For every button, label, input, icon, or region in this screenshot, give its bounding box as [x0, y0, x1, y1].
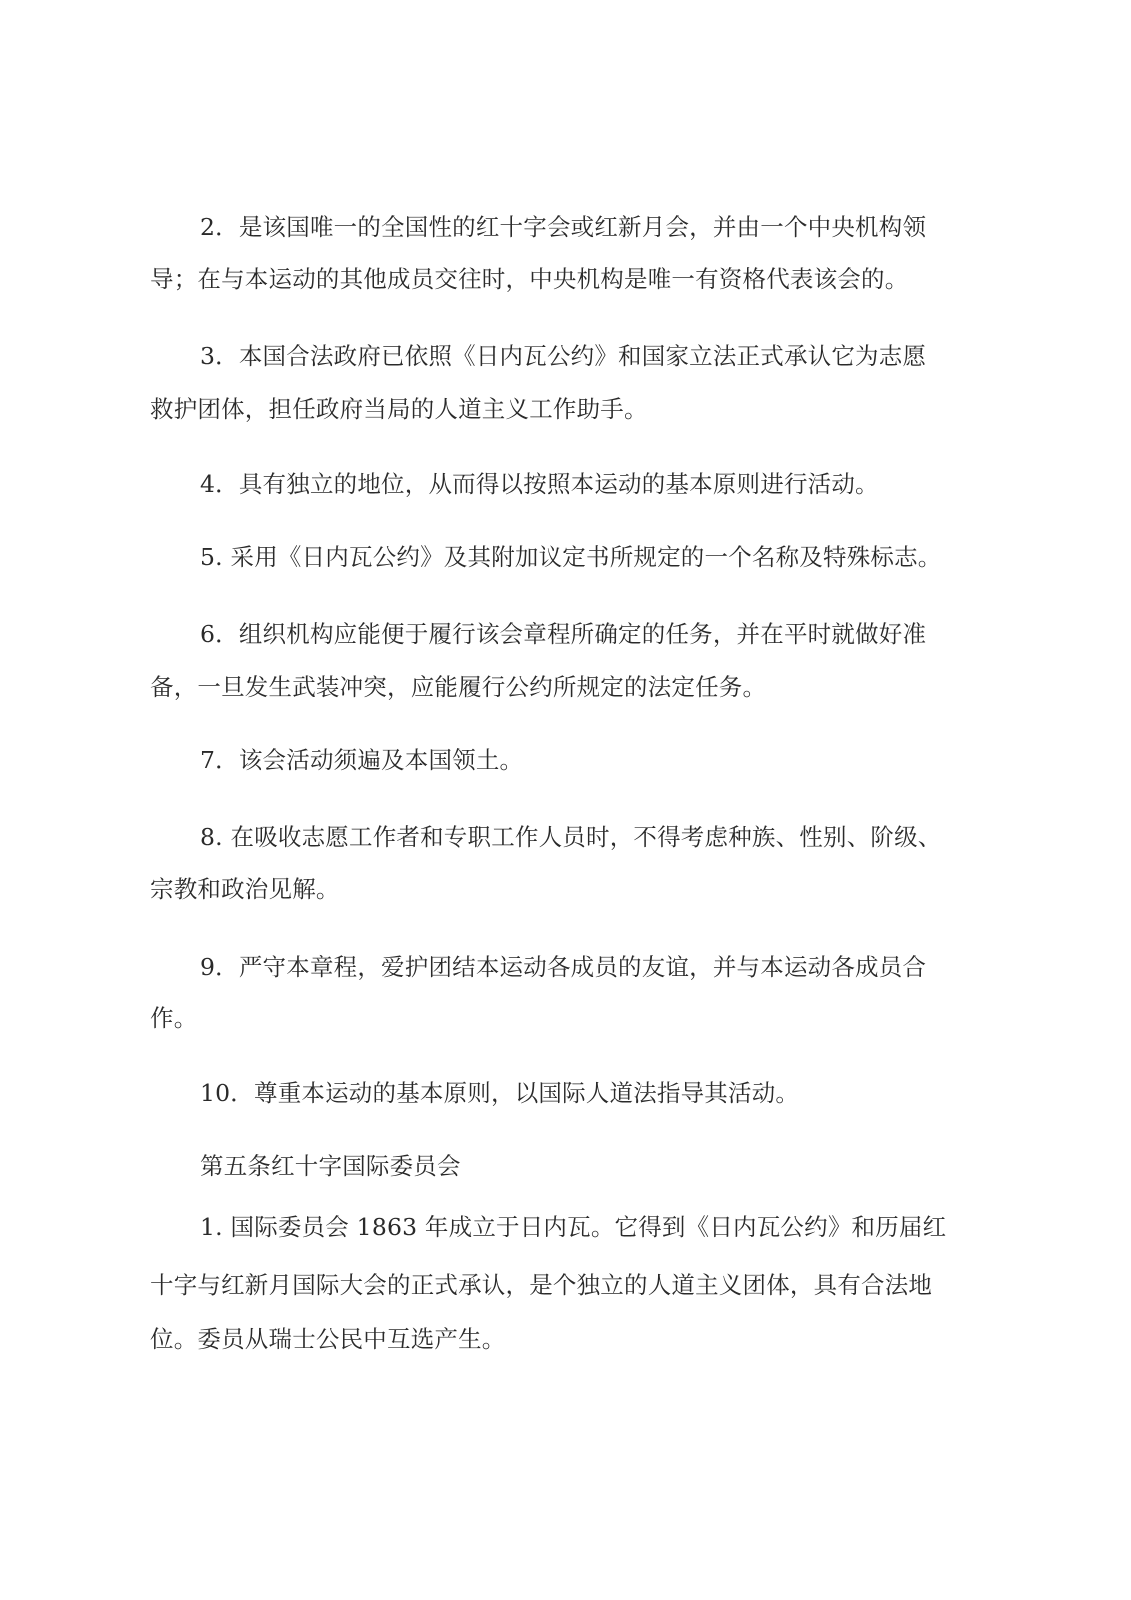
article-5-item-1-line-3: 位。委员从瑞士公民中互选产生。 [150, 1324, 506, 1354]
paragraph-item-6-line-1: 6．组织机构应能便于履行该会章程所确定的任务，并在平时就做好准 [200, 619, 926, 649]
paragraph-item-5: 5. 采用《日内瓦公约》及其附加议定书所规定的一个名称及特殊标志。 [200, 542, 942, 572]
article-5-heading: 第五条红十字国际委员会 [200, 1151, 461, 1181]
paragraph-item-10: 10．尊重本运动的基本原则，以国际人道法指导其活动。 [200, 1078, 799, 1108]
paragraph-item-2-line-1: 2．是该国唯一的全国性的红十字会或红新月会，并由一个中央机构领 [200, 212, 926, 242]
paragraph-item-4: 4．具有独立的地位，从而得以按照本运动的基本原则进行活动。 [200, 469, 879, 499]
paragraph-item-3-line-1: 3．本国合法政府已依照《日内瓦公约》和国家立法正式承认它为志愿 [200, 341, 926, 371]
paragraph-item-7: 7．该会活动须遍及本国领土。 [200, 745, 523, 775]
paragraph-item-9-line-2: 作。 [150, 1003, 197, 1033]
paragraph-item-8-line-1: 8. 在吸收志愿工作者和专职工作人员时，不得考虑种族、性别、阶级、 [200, 822, 942, 852]
paragraph-item-6-line-2: 备，一旦发生武装冲突，应能履行公约所规定的法定任务。 [150, 672, 766, 702]
paragraph-item-3-line-2: 救护团体，担任政府当局的人道主义工作助手。 [150, 394, 648, 424]
paragraph-item-8-line-2: 宗教和政治见解。 [150, 874, 340, 904]
article-5-item-1-line-1: 1. 国际委员会 1863 年成立于日内瓦。它得到《日内瓦公约》和历届红 [200, 1212, 946, 1242]
article-5-item-1-line-2: 十字与红新月国际大会的正式承认，是个独立的人道主义团体，具有合法地 [150, 1270, 932, 1300]
paragraph-item-2-line-2: 导；在与本运动的其他成员交往时，中央机构是唯一有资格代表该会的。 [150, 264, 908, 294]
paragraph-item-9-line-1: 9．严守本章程，爱护团结本运动各成员的友谊，并与本运动各成员合 [200, 952, 926, 982]
